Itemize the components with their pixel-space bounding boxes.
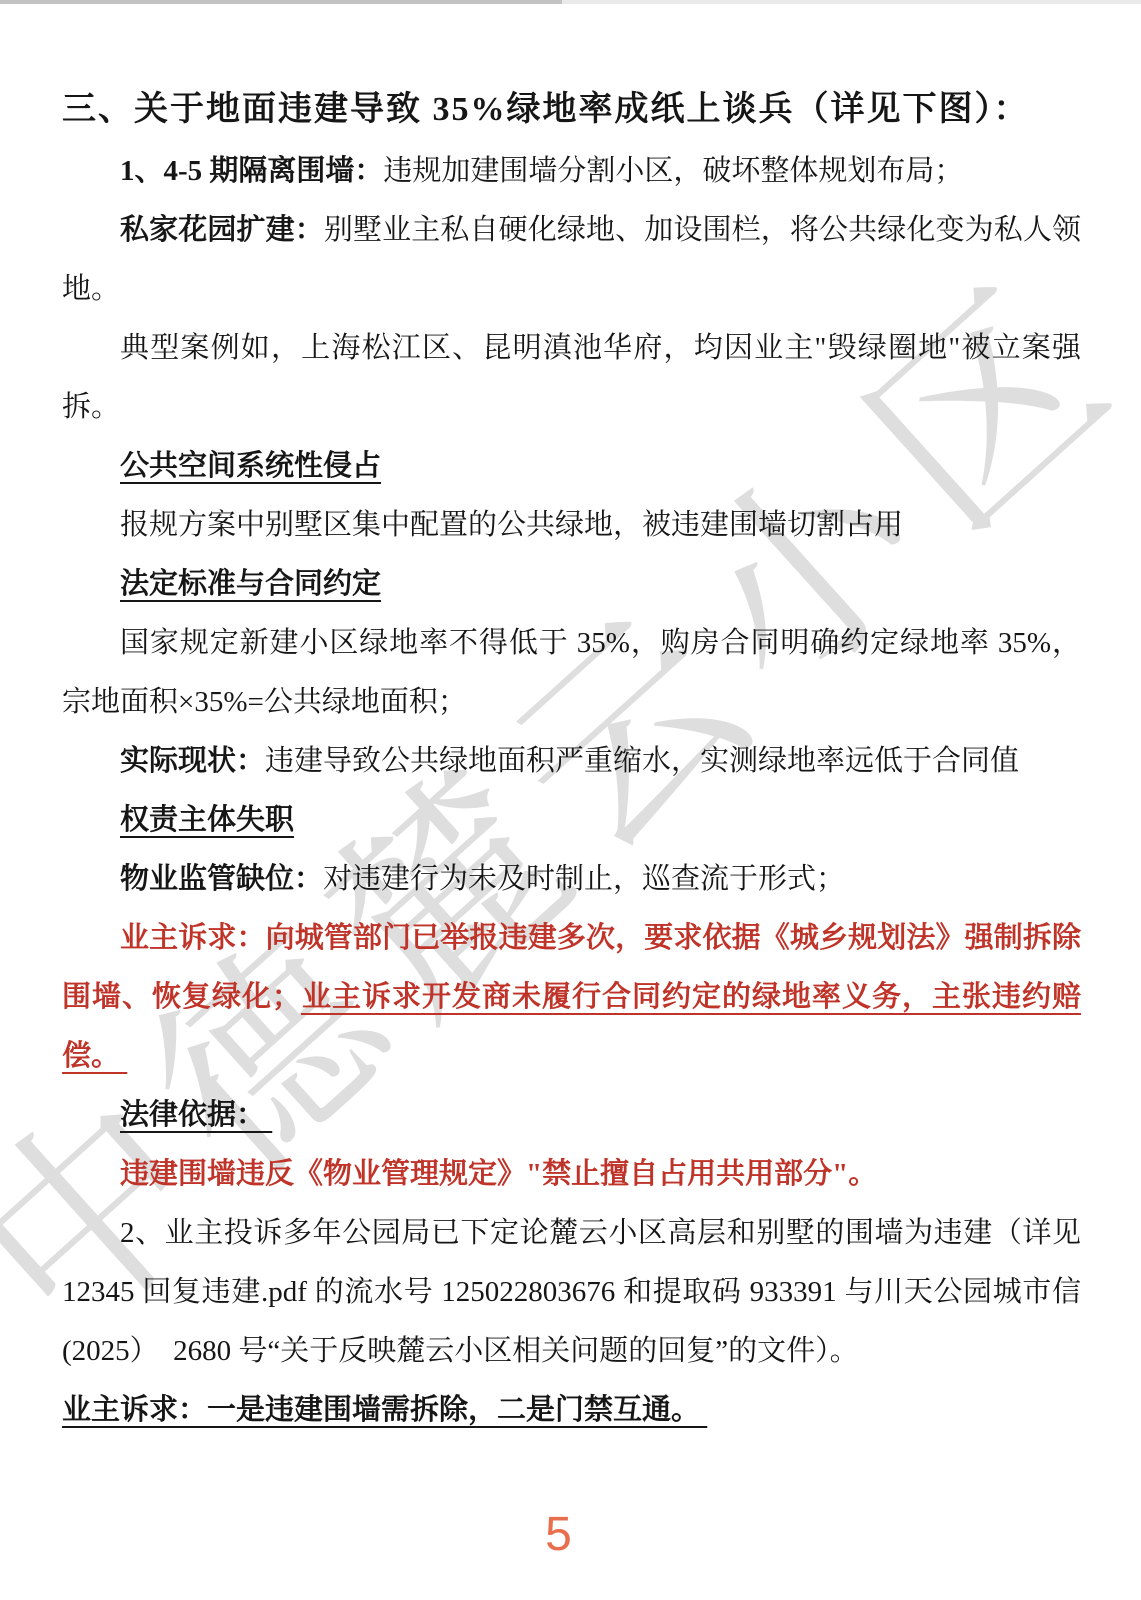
- text-segment: 国家规定新建小区绿地率不得低于 35%，购房合同明确约定绿地率 35%，宗地面积…: [62, 627, 1081, 718]
- section-heading: 三、关于地面违建导致 35%绿地率成纸上谈兵（详见下图）：: [62, 78, 1081, 142]
- text-segment: 对违建行为未及时制止，巡查流于形式；: [323, 863, 845, 895]
- paragraph: 业主诉求：向城管部门已举报违建多次，要求依据《城乡规划法》强制拆除围墙、恢复绿化…: [62, 909, 1081, 1086]
- text-segment: 违建导致公共绿地面积严重缩水，实测绿地率远低于合同值: [265, 745, 1019, 777]
- text-segment: 1、4-5 期隔离围墙：: [120, 155, 383, 187]
- document-page: 中德麓云小区 三、关于地面违建导致 35%绿地率成纸上谈兵（详见下图）： 1、4…: [0, 0, 1141, 1600]
- paragraph: 报规方案中别墅区集中配置的公共绿地，被违建围墙切割占用: [62, 496, 1081, 555]
- text-segment: 权责主体失职: [120, 804, 294, 836]
- paragraph: 公共空间系统性侵占: [62, 437, 1081, 496]
- text-segment: 公共空间系统性侵占: [120, 450, 381, 482]
- text-segment: 物业监管缺位：: [120, 863, 323, 895]
- paragraph: 法律依据：: [62, 1086, 1081, 1145]
- text-segment: 2、业主投诉多年公园局已下定论麓云小区高层和别墅的围墙为违建（详见 12345 …: [62, 1217, 1088, 1367]
- text-segment: 法定标准与合同约定: [120, 568, 381, 600]
- text-segment: 业主诉求：一是违建围墙需拆除，二是门禁互通。: [62, 1394, 707, 1426]
- paragraph: 违建围墙违反《物业管理规定》"禁止擅自占用共用部分"。: [62, 1145, 1081, 1204]
- text-segment: 典型案例如，上海松江区、昆明滇池华府，均因业主"毁绿圈地"被立案强拆。: [62, 332, 1081, 423]
- paragraph: 物业监管缺位：对违建行为未及时制止，巡查流于形式；: [62, 850, 1081, 909]
- top-edge-bar: [0, 0, 1141, 4]
- text-segment: 违建围墙违反《物业管理规定》"禁止擅自占用共用部分"。: [120, 1158, 877, 1190]
- paragraph: 1、4-5 期隔离围墙：违规加建围墙分割小区，破坏整体规划布局；: [62, 142, 1081, 201]
- paragraph: 法定标准与合同约定: [62, 555, 1081, 614]
- text-segment: 私家花园扩建：: [120, 214, 324, 246]
- text-segment: 违规加建围墙分割小区，破坏整体规划布局；: [383, 155, 963, 187]
- paragraph: 业主诉求：一是违建围墙需拆除，二是门禁互通。: [62, 1381, 1081, 1440]
- text-segment: 实际现状：: [120, 745, 265, 777]
- top-edge-bar-dark-segment: [0, 0, 562, 4]
- text-segment: 法律依据：: [120, 1099, 272, 1131]
- paragraph: 权责主体失职: [62, 791, 1081, 850]
- paragraph: 私家花园扩建：别墅业主私自硬化绿地、加设围栏，将公共绿化变为私人领地。: [62, 201, 1081, 319]
- paragraph: 典型案例如，上海松江区、昆明滇池华府，均因业主"毁绿圈地"被立案强拆。: [62, 319, 1081, 437]
- page-number: 5: [0, 1505, 1117, 1565]
- paragraph: 2、业主投诉多年公园局已下定论麓云小区高层和别墅的围墙为违建（详见 12345 …: [62, 1204, 1081, 1381]
- document-body: 三、关于地面违建导致 35%绿地率成纸上谈兵（详见下图）： 1、4-5 期隔离围…: [62, 78, 1081, 1440]
- paragraph: 国家规定新建小区绿地率不得低于 35%，购房合同明确约定绿地率 35%，宗地面积…: [62, 614, 1081, 732]
- text-segment: 报规方案中别墅区集中配置的公共绿地，被违建围墙切割占用: [120, 509, 903, 541]
- paragraph: 实际现状：违建导致公共绿地面积严重缩水，实测绿地率远低于合同值: [62, 732, 1081, 791]
